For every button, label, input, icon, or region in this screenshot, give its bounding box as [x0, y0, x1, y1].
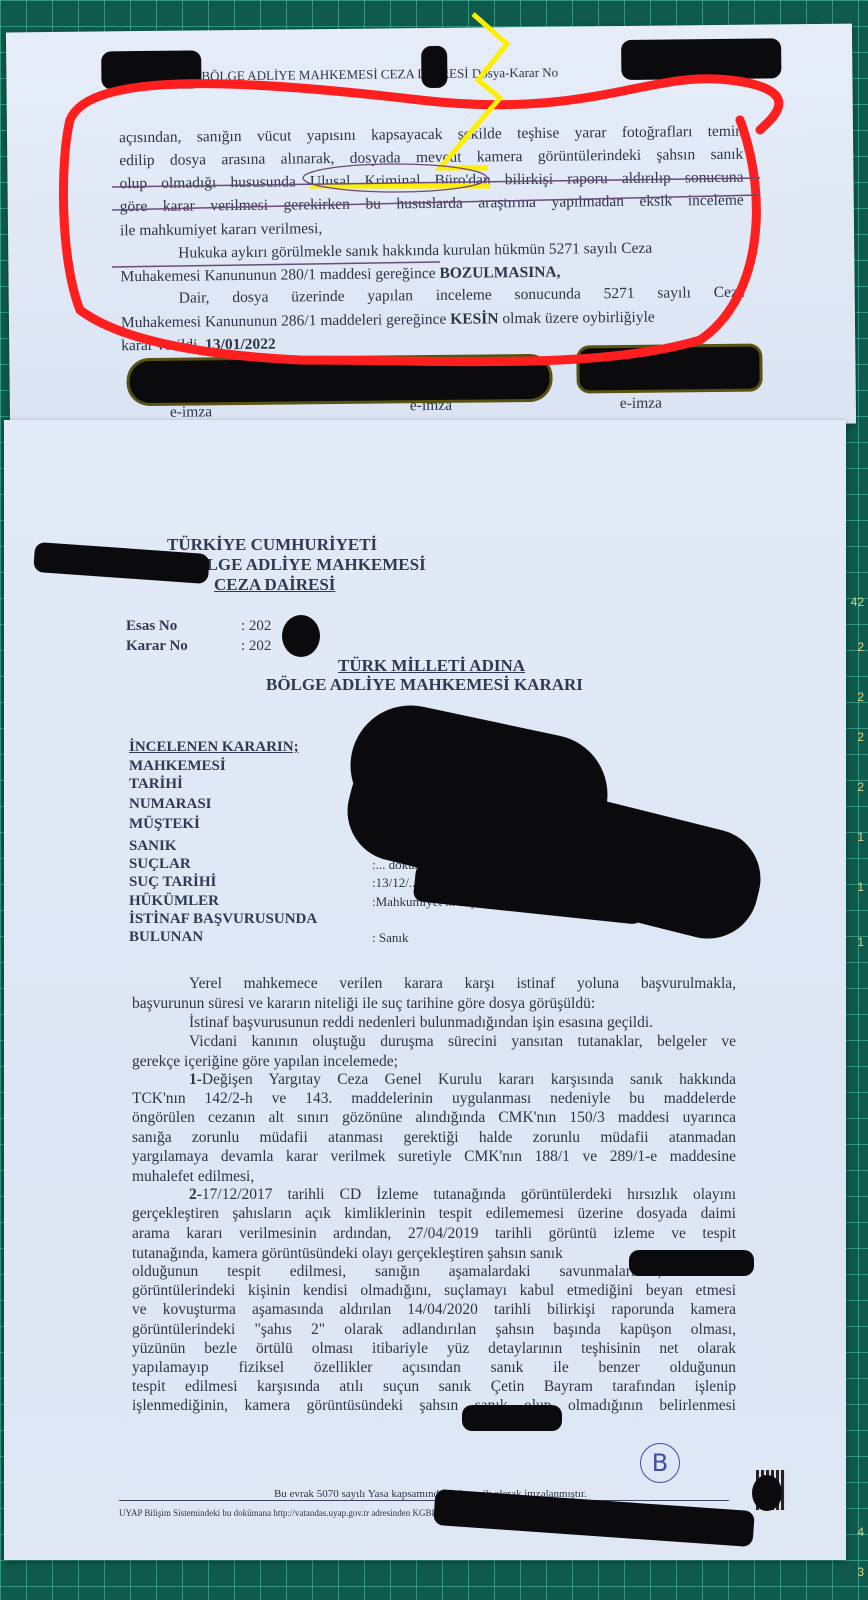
field-label: NUMARASI	[129, 795, 212, 814]
top-line: açısından, sanığın vücut yapısını kapsay…	[119, 123, 743, 148]
ruler-label: 2	[857, 640, 864, 654]
body-line: yüzünün bezle örtülü olması itibariyle y…	[132, 1340, 736, 1358]
signature-redaction	[579, 347, 759, 391]
field-label: MAHKEMESİ	[129, 757, 226, 776]
field-label: SUÇLAR	[129, 855, 191, 874]
title-turk-milleti-adina: TÜRK MİLLETİ ADINA	[338, 656, 525, 675]
body-line: tutanağında, kamera görüntüsündeki olayı…	[132, 1244, 563, 1263]
body-line: başvurunun süresi ve kararın niteliği il…	[132, 994, 595, 1013]
redaction	[282, 615, 320, 657]
ruler-label: 1	[857, 830, 864, 844]
body-line: TCK'nın 142/2-h ve 143. maddelerinin uyg…	[132, 1090, 736, 1108]
ruler-label: 1	[857, 935, 864, 949]
text: olmak üzere oybirliğiyle	[498, 309, 654, 328]
text: 17/12/2017 tarihli CD İzleme tutanağında…	[202, 1186, 736, 1203]
esas-value: : 202	[241, 617, 271, 636]
top-para3-line1: Dair, dosya üzerinde yapılan inceleme so…	[179, 284, 745, 308]
body-line: görüntülerindeki "şahıs 2" olarak adland…	[132, 1321, 736, 1339]
field-value: : Sanık	[372, 928, 408, 947]
incelenen-kararin-heading: İNCELENEN KARARIN;	[129, 738, 299, 757]
field-label: BULUNAN	[129, 928, 203, 947]
top-para3-line3: karar verildi. 13/01/2022	[121, 335, 276, 356]
court-name: BÖLGE ADLİYE MAHKEMESİ	[182, 555, 426, 574]
text: Muhakemesi Kanununun 286/1 maddeleri ger…	[121, 311, 450, 331]
redaction	[101, 50, 201, 89]
redaction	[421, 46, 447, 88]
court-chamber: CEZA DAİRESİ	[214, 575, 335, 594]
field-label: HÜKÜMLER	[129, 892, 219, 911]
top-line: olup olmadığı hususunda Ulusal Kriminal …	[119, 169, 743, 194]
text: Muhakemesi Kanununun 280/1 maddesi gereğ…	[120, 265, 439, 285]
field-label: MÜŞTEKİ	[129, 815, 200, 834]
signature-redaction	[129, 357, 549, 403]
title-karar: BÖLGE ADLİYE MAHKEMESİ KARARI	[266, 675, 583, 694]
top-para2-line2: Muhakemesi Kanununun 280/1 maddesi gereğ…	[120, 263, 560, 287]
top-header: BÖLGE ADLİYE MAHKEMESİ CEZA DAİRESİ Dosy…	[201, 63, 558, 86]
body-line: Vicdani kanının oluştuğu duruşma sürecin…	[189, 1033, 736, 1051]
top-para3-line2: Muhakemesi Kanununun 286/1 maddeleri ger…	[121, 308, 655, 333]
ruler-label: 3	[857, 1565, 864, 1579]
decision-date: 13/01/2022	[205, 336, 276, 354]
top-line: edilip dosya arasına alınarak, dosyada m…	[119, 146, 743, 171]
redaction	[462, 1405, 562, 1431]
ruler-label: 42	[851, 595, 864, 609]
field-value: :13/12/...	[372, 873, 419, 892]
body-line: tespit edilmesi karşısında atılı suçun s…	[132, 1378, 736, 1396]
body-line: yapılamayıp fiziksel özellikler açısında…	[132, 1359, 736, 1377]
ruler-label: 1	[857, 880, 864, 894]
ruler-label: 2	[857, 690, 864, 704]
footer-divider	[119, 1500, 729, 1501]
field-label: SUÇ TARİHİ	[129, 873, 216, 892]
body-line: sanığa zorunlu müdafii atanması gerektiğ…	[132, 1129, 736, 1147]
body-line: gerekçe içeriğine göre yapılan incelemed…	[132, 1052, 398, 1071]
redaction	[752, 1475, 782, 1511]
redaction	[433, 1489, 755, 1547]
ruler-label: 2	[857, 730, 864, 744]
main-document-sheet: TÜRKİYE CUMHURİYETİ BÖLGE ADLİYE MAHKEME…	[4, 420, 846, 1560]
body-line: yargılamaya devamla karar verilmek suret…	[132, 1148, 736, 1166]
top-para2-line1: Hukuka aykırı görülmekle sanık hakkında …	[178, 239, 652, 263]
redaction	[629, 1250, 754, 1276]
top-line: ile mahkumiyet kararı verilmesi,	[120, 219, 322, 240]
bozulmasina-text: BOZULMASINA,	[439, 264, 560, 282]
signature-eimza: e-imza	[170, 402, 212, 421]
karar-label: Karar No	[126, 637, 188, 656]
field-label: İSTİNAF BAŞVURUSUNDA	[129, 910, 317, 929]
signature-eimza: e-imza	[620, 394, 662, 413]
body-line: ve kovuşturma aşamasında aldırılan 14/04…	[132, 1301, 736, 1319]
footer-uyap-notice: UYAP Bilişim Sistemindeki bu dokümana ht…	[119, 1504, 444, 1523]
text: karar verildi.	[121, 336, 205, 354]
ruler-label: 2	[857, 780, 864, 794]
body-line: işlenmediğinin, kamera görüntüsündeki şa…	[132, 1397, 736, 1415]
body-line: öngörülen cezanın alt sınırı gözönüne al…	[132, 1109, 736, 1127]
body-line: İstinaf başvurusunun reddi nedenleri bul…	[189, 1013, 653, 1032]
top-document-sheet: BÖLGE ADLİYE MAHKEMESİ CEZA DAİRESİ Dosy…	[6, 24, 856, 433]
body-line: görüntülerindeki kişinin kendisi olmadığ…	[132, 1282, 736, 1300]
body-line: muhalefet edilmesi,	[132, 1167, 254, 1186]
body-line: 1-Değişen Yargıtay Ceza Genel Kurulu kar…	[189, 1071, 736, 1089]
kesin-text: KESİN	[450, 310, 498, 328]
esas-label: Esas No	[126, 617, 177, 636]
karar-value: : 202	[241, 637, 271, 656]
redaction	[621, 38, 781, 80]
ruler-label: 4	[857, 1525, 864, 1539]
item-number: 2-	[189, 1186, 202, 1203]
item-number: 1-	[189, 1071, 202, 1088]
field-label: TARİHİ	[129, 775, 183, 794]
field-label: SANIK	[129, 837, 177, 856]
body-line: Yerel mahkemece verilen karara karşı ist…	[189, 975, 736, 993]
body-line: gerçekleştiren şahısların açık kimlikler…	[132, 1205, 736, 1223]
body-line: arama kararı verilmesinin ardından, 27/0…	[132, 1225, 736, 1243]
text: Değişen Yargıtay Ceza Genel Kurulu karar…	[202, 1071, 736, 1088]
handwritten-mark: B	[640, 1443, 680, 1483]
top-line: göre karar verilmesi gerekirken bu husus…	[120, 192, 744, 217]
body-line: 2-17/12/2017 tarihli CD İzleme tutanağın…	[189, 1186, 736, 1204]
court-country: TÜRKİYE CUMHURİYETİ	[167, 535, 377, 554]
